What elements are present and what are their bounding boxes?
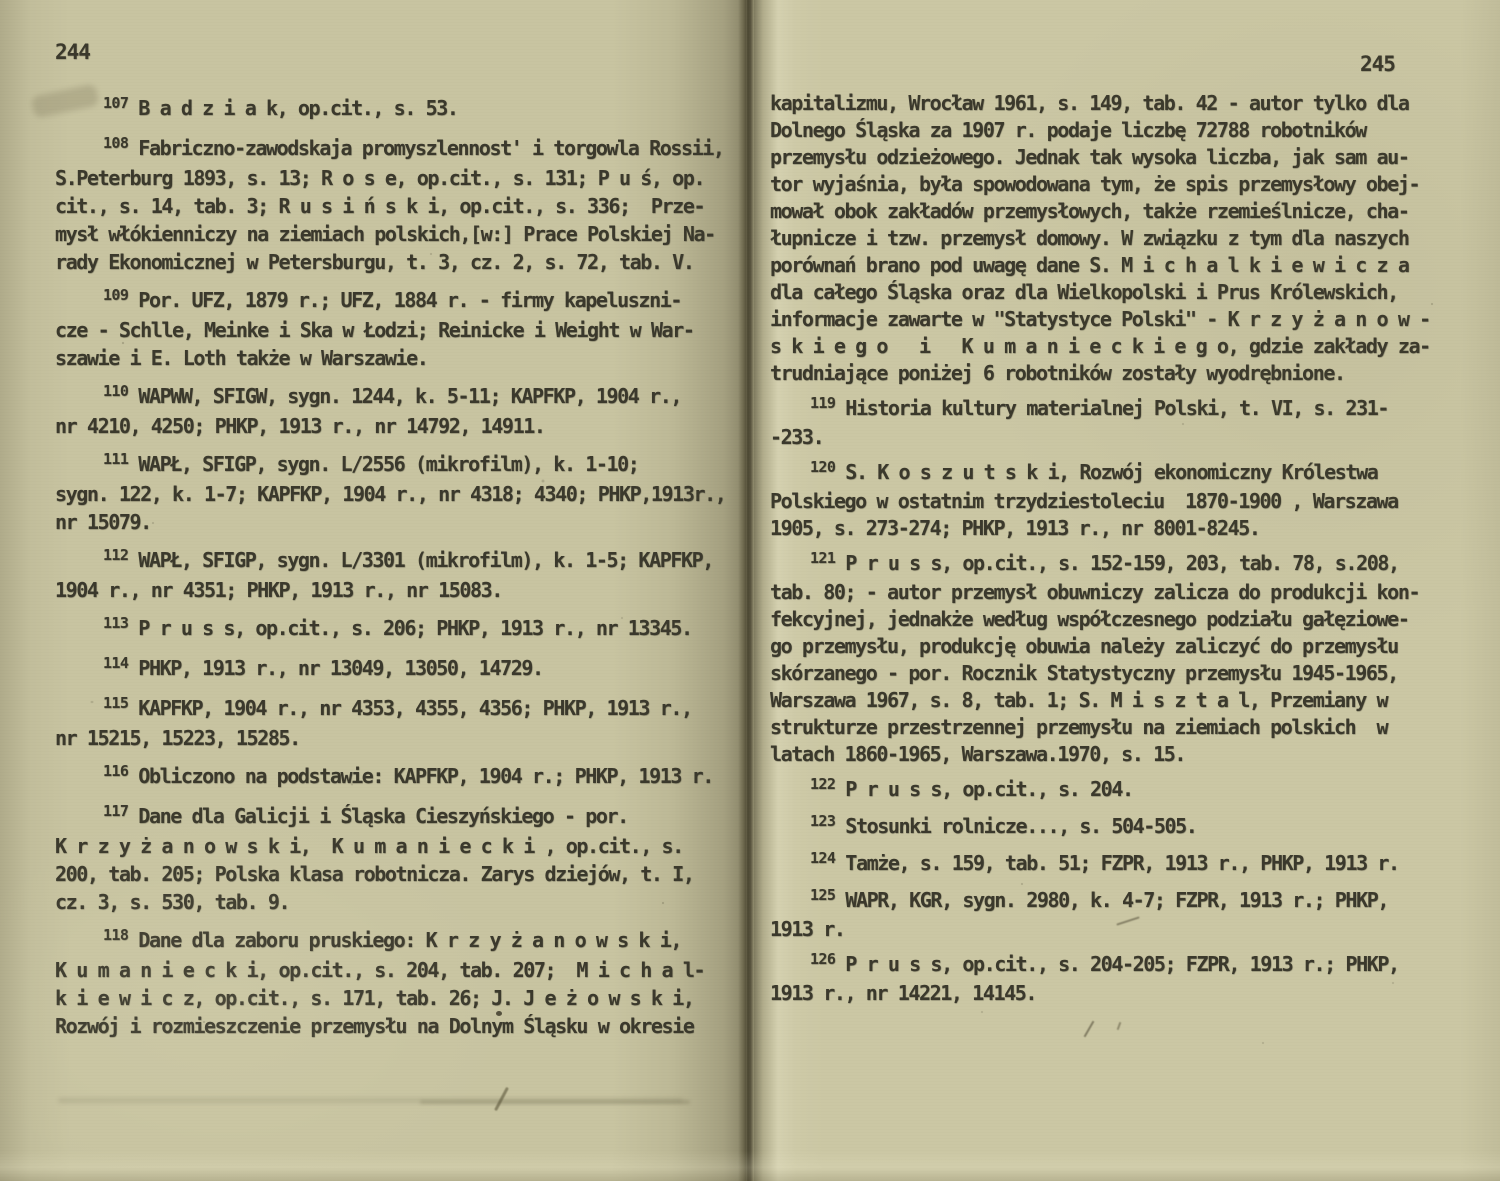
footnote-line: S.Peterburg 1893, s. 13; R o s e, op.cit… xyxy=(55,164,737,192)
footnote-text: Dane dla zaboru pruskiego: K r z y ż a n… xyxy=(138,928,681,952)
footnote-text: Dane dla Galicji i Śląska Cieszyńskiego … xyxy=(138,804,628,828)
footnote: 122P r u s s, op.cit., s. 204. xyxy=(770,776,1470,805)
footnote-text: B a d z i a k, op.cit., s. 53. xyxy=(138,96,457,120)
footnote-first-line: 107B a d z i a k, op.cit., s. 53. xyxy=(55,94,737,124)
continuation-line: porównań brano pod uwagę dane S. M i c h… xyxy=(770,252,1470,279)
footnote-number: 114 xyxy=(103,649,128,677)
footnote: 114PHKP, 1913 r., nr 13049, 13050, 14729… xyxy=(55,654,737,684)
footnote-number: 119 xyxy=(810,390,835,417)
footnote: 118Dane dla zaboru pruskiego: K r z y ż … xyxy=(55,926,737,1040)
footnote-line: strukturze przestrzennej przemysłu na zi… xyxy=(770,714,1470,741)
footnote: 108Fabriczno-zawodskaja promyszlennost' … xyxy=(55,134,737,276)
footnote-first-line: 109Por. UFZ, 1879 r.; UFZ, 1884 r. - fir… xyxy=(55,286,737,316)
footnote-line: fekcyjnej, jednakże według współczesnego… xyxy=(770,606,1470,633)
footnote-number: 113 xyxy=(103,609,128,637)
footnote-number: 124 xyxy=(810,845,835,872)
footnote-text: WAPWW, SFIGW, sygn. 1244, k. 5-11; KAPFK… xyxy=(138,384,681,408)
footnote-number: 107 xyxy=(103,89,128,117)
page-number-left: 244 xyxy=(55,40,90,64)
footnote-line: szawie i E. Loth także w Warszawie. xyxy=(55,344,737,372)
footnote-number: 123 xyxy=(810,808,835,835)
footnote-first-line: 117Dane dla Galicji i Śląska Cieszyńskie… xyxy=(55,802,737,832)
footnote-first-line: 113P r u s s, op.cit., s. 206; PHKP, 191… xyxy=(55,614,737,644)
footnote-first-line: 119Historia kultury materialnej Polski, … xyxy=(770,395,1470,424)
footnote-first-line: 108Fabriczno-zawodskaja promyszlennost' … xyxy=(55,134,737,164)
footnote-number: 110 xyxy=(103,377,128,405)
footnote: 123Stosunki rolnicze..., s. 504-505. xyxy=(770,813,1470,842)
footnote-line: cit., s. 14, tab. 3; R u s i ń s k i, op… xyxy=(55,192,737,220)
continuation-line: przemysłu odzieżowego. Jednak tak wysoka… xyxy=(770,144,1470,171)
footnote-line: nr 15079. xyxy=(55,508,737,536)
footnote-number: 122 xyxy=(810,771,835,798)
footnote-line: tab. 80; - autor przemysł obuwniczy zali… xyxy=(770,579,1470,606)
footnote-line: Rozwój i rozmieszczenie przemysłu na Dol… xyxy=(55,1012,737,1040)
footnote-first-line: 120S. K o s z u t s k i, Rozwój ekonomic… xyxy=(770,459,1470,488)
footnote-line: 200, tab. 205; Polska klasa robotnicza. … xyxy=(55,860,737,888)
footnote-text: KAPFKP, 1904 r., nr 4353, 4355, 4356; PH… xyxy=(138,696,691,720)
continuation-line: Dolnego Śląska za 1907 r. podaje liczbę … xyxy=(770,117,1470,144)
footnote: 115KAPFKP, 1904 r., nr 4353, 4355, 4356;… xyxy=(55,694,737,752)
footnote-text: Tamże, s. 159, tab. 51; FZPR, 1913 r., P… xyxy=(845,851,1398,875)
footnote-line: 1904 r., nr 4351; PHKP, 1913 r., nr 1508… xyxy=(55,576,737,604)
continuation-line: łupnicze i tzw. przemysł domowy. W związ… xyxy=(770,225,1470,252)
footnote-number: 118 xyxy=(103,921,128,949)
footnote: 124Tamże, s. 159, tab. 51; FZPR, 1913 r.… xyxy=(770,850,1470,879)
footnote-number: 115 xyxy=(103,689,128,717)
left-page-textblock: 107B a d z i a k, op.cit., s. 53.108Fabr… xyxy=(55,84,737,1040)
footnote: 109Por. UFZ, 1879 r.; UFZ, 1884 r. - fir… xyxy=(55,286,737,372)
left-page: 244 107B a d z i a k, op.cit., s. 53.108… xyxy=(0,0,746,1181)
footnote-line: k i e w i c z, op.cit., s. 171, tab. 26;… xyxy=(55,984,737,1012)
footnote-text: WAPŁ, SFIGP, sygn. L/2556 (mikrofilm), k… xyxy=(138,452,638,476)
footnote: 125WAPR, KGR, sygn. 2980, k. 4-7; FZPR, … xyxy=(770,887,1470,943)
continuation-line: kapitalizmu, Wrocław 1961, s. 149, tab. … xyxy=(770,90,1470,117)
footnote: 121P r u s s, op.cit., s. 152-159, 203, … xyxy=(770,550,1470,768)
footnote-number: 116 xyxy=(103,757,128,785)
footnote-text: P r u s s, op.cit., s. 204-205; FZPR, 19… xyxy=(845,952,1398,976)
footnote-line: nr 4210, 4250; PHKP, 1913 r., nr 14792, … xyxy=(55,412,737,440)
footnote-line: go przemysłu, produkcję obuwia należy za… xyxy=(770,633,1470,660)
footnote-line: mysł włókienniczy na ziemiach polskich,[… xyxy=(55,220,737,248)
footnote: 110WAPWW, SFIGW, sygn. 1244, k. 5-11; KA… xyxy=(55,382,737,440)
footnote-line: 1913 r. xyxy=(770,916,1470,943)
footnote-line: Polskiego w ostatnim trzydziestoleciu 18… xyxy=(770,488,1470,515)
footnote-first-line: 115KAPFKP, 1904 r., nr 4353, 4355, 4356;… xyxy=(55,694,737,724)
footnote-first-line: 110WAPWW, SFIGW, sygn. 1244, k. 5-11; KA… xyxy=(55,382,737,412)
footnote-first-line: 126P r u s s, op.cit., s. 204-205; FZPR,… xyxy=(770,951,1470,980)
footnote: 116Obliczono na podstawie: KAPFKP, 1904 … xyxy=(55,762,737,792)
footnote-text: P r u s s, op.cit., s. 206; PHKP, 1913 r… xyxy=(138,616,691,640)
footnote-first-line: 116Obliczono na podstawie: KAPFKP, 1904 … xyxy=(55,762,737,792)
footnote-first-line: 121P r u s s, op.cit., s. 152-159, 203, … xyxy=(770,550,1470,579)
footnote-number: 125 xyxy=(810,882,835,909)
footnote-line: rady Ekonomicznej w Petersburgu, t. 3, c… xyxy=(55,248,737,276)
continuation-line: trudniające poniżej 6 robotników zostały… xyxy=(770,360,1470,387)
footnote: 120S. K o s z u t s k i, Rozwój ekonomic… xyxy=(770,459,1470,542)
footnote-line: Warszawa 1967, s. 8, tab. 1; S. M i s z … xyxy=(770,687,1470,714)
footnote-line: sygn. 122, k. 1-7; KAPFKP, 1904 r., nr 4… xyxy=(55,480,737,508)
footnote-first-line: 112WAPŁ, SFIGP, sygn. L/3301 (mikrofilm)… xyxy=(55,546,737,576)
footnote-number: 109 xyxy=(103,281,128,309)
page-number-right: 245 xyxy=(1360,52,1395,76)
footnote-text: S. K o s z u t s k i, Rozwój ekonomiczny… xyxy=(845,460,1377,484)
footnote-first-line: 125WAPR, KGR, sygn. 2980, k. 4-7; FZPR, … xyxy=(770,887,1470,916)
footnote-first-line: 114PHKP, 1913 r., nr 13049, 13050, 14729… xyxy=(55,654,737,684)
continuation-line: informacje zawarte w "Statystyce Polski"… xyxy=(770,306,1470,333)
footnote-text: Historia kultury materialnej Polski, t. … xyxy=(845,396,1388,420)
footnote-line: latach 1860-1965, Warszawa.1970, s. 15. xyxy=(770,741,1470,768)
footnote: 107B a d z i a k, op.cit., s. 53. xyxy=(55,94,737,124)
footnote-number: 112 xyxy=(103,541,128,569)
footnote-first-line: 118Dane dla zaboru pruskiego: K r z y ż … xyxy=(55,926,737,956)
footnote-first-line: 122P r u s s, op.cit., s. 204. xyxy=(770,776,1470,805)
footnote-text: Por. UFZ, 1879 r.; UFZ, 1884 r. - firmy … xyxy=(138,288,681,312)
footnote-number: 117 xyxy=(103,797,128,825)
continuation-line: dla całego Śląska oraz dla Wielkopolski … xyxy=(770,279,1470,306)
footnote-text: PHKP, 1913 r., nr 13049, 13050, 14729. xyxy=(138,656,542,680)
footnote-line: cz. 3, s. 530, tab. 9. xyxy=(55,888,737,916)
continuation-line: s k i e g o i K u m a n i e c k i e g o,… xyxy=(770,333,1470,360)
footnote-line: cze - Schlle, Meinke i Ska w Łodzi; Rein… xyxy=(55,316,737,344)
right-page-textblock: kapitalizmu, Wrocław 1961, s. 149, tab. … xyxy=(770,90,1470,1007)
footnote: 117Dane dla Galicji i Śląska Cieszyńskie… xyxy=(55,802,737,916)
footnote: 111WAPŁ, SFIGP, sygn. L/2556 (mikrofilm)… xyxy=(55,450,737,536)
footnote-line: 1905, s. 273-274; PHKP, 1913 r., nr 8001… xyxy=(770,515,1470,542)
footnote-first-line: 124Tamże, s. 159, tab. 51; FZPR, 1913 r.… xyxy=(770,850,1470,879)
footnote-line: 1913 r., nr 14221, 14145. xyxy=(770,980,1470,1007)
footnote-number: 126 xyxy=(810,946,835,973)
footnote-text: Fabriczno-zawodskaja promyszlennost' i t… xyxy=(138,136,723,160)
footnote-line: skórzanego - por. Rocznik Statystyczny p… xyxy=(770,660,1470,687)
right-page: 245 kapitalizmu, Wrocław 1961, s. 149, t… xyxy=(754,0,1500,1181)
footnote: 113P r u s s, op.cit., s. 206; PHKP, 191… xyxy=(55,614,737,644)
footnote: 112WAPŁ, SFIGP, sygn. L/3301 (mikrofilm)… xyxy=(55,546,737,604)
footnote-text: P r u s s, op.cit., s. 152-159, 203, tab… xyxy=(845,551,1398,575)
book-scan: 244 107B a d z i a k, op.cit., s. 53.108… xyxy=(0,0,1500,1181)
continuation-line: mował obok zakładów przemysłowych, także… xyxy=(770,198,1470,225)
footnote-number: 111 xyxy=(103,445,128,473)
footnote-first-line: 123Stosunki rolnicze..., s. 504-505. xyxy=(770,813,1470,842)
footnote: 126P r u s s, op.cit., s. 204-205; FZPR,… xyxy=(770,951,1470,1007)
footnote-line: nr 15215, 15223, 15285. xyxy=(55,724,737,752)
footnote-first-line: 111WAPŁ, SFIGP, sygn. L/2556 (mikrofilm)… xyxy=(55,450,737,480)
footnote-text: WAPŁ, SFIGP, sygn. L/3301 (mikrofilm), k… xyxy=(138,548,713,572)
footnote-number: 121 xyxy=(810,545,835,572)
footnote-line: K r z y ż a n o w s k i, K u m a n i e c… xyxy=(55,832,737,860)
footnote-text: Stosunki rolnicze..., s. 504-505. xyxy=(845,814,1196,838)
footnote-text: P r u s s, op.cit., s. 204. xyxy=(845,777,1132,801)
footnote-line: K u m a n i e c k i, op.cit., s. 204, ta… xyxy=(55,956,737,984)
footnote-text: Obliczono na podstawie: KAPFKP, 1904 r.;… xyxy=(138,764,713,788)
footnote-line: -233. xyxy=(770,424,1470,451)
footnote: 119Historia kultury materialnej Polski, … xyxy=(770,395,1470,451)
footnote-number: 108 xyxy=(103,129,128,157)
footnote-number: 120 xyxy=(810,454,835,481)
continuation-line: tor wyjaśnia, była spowodowana tym, że s… xyxy=(770,171,1470,198)
footnote-text: WAPR, KGR, sygn. 2980, k. 4-7; FZPR, 191… xyxy=(845,888,1388,912)
